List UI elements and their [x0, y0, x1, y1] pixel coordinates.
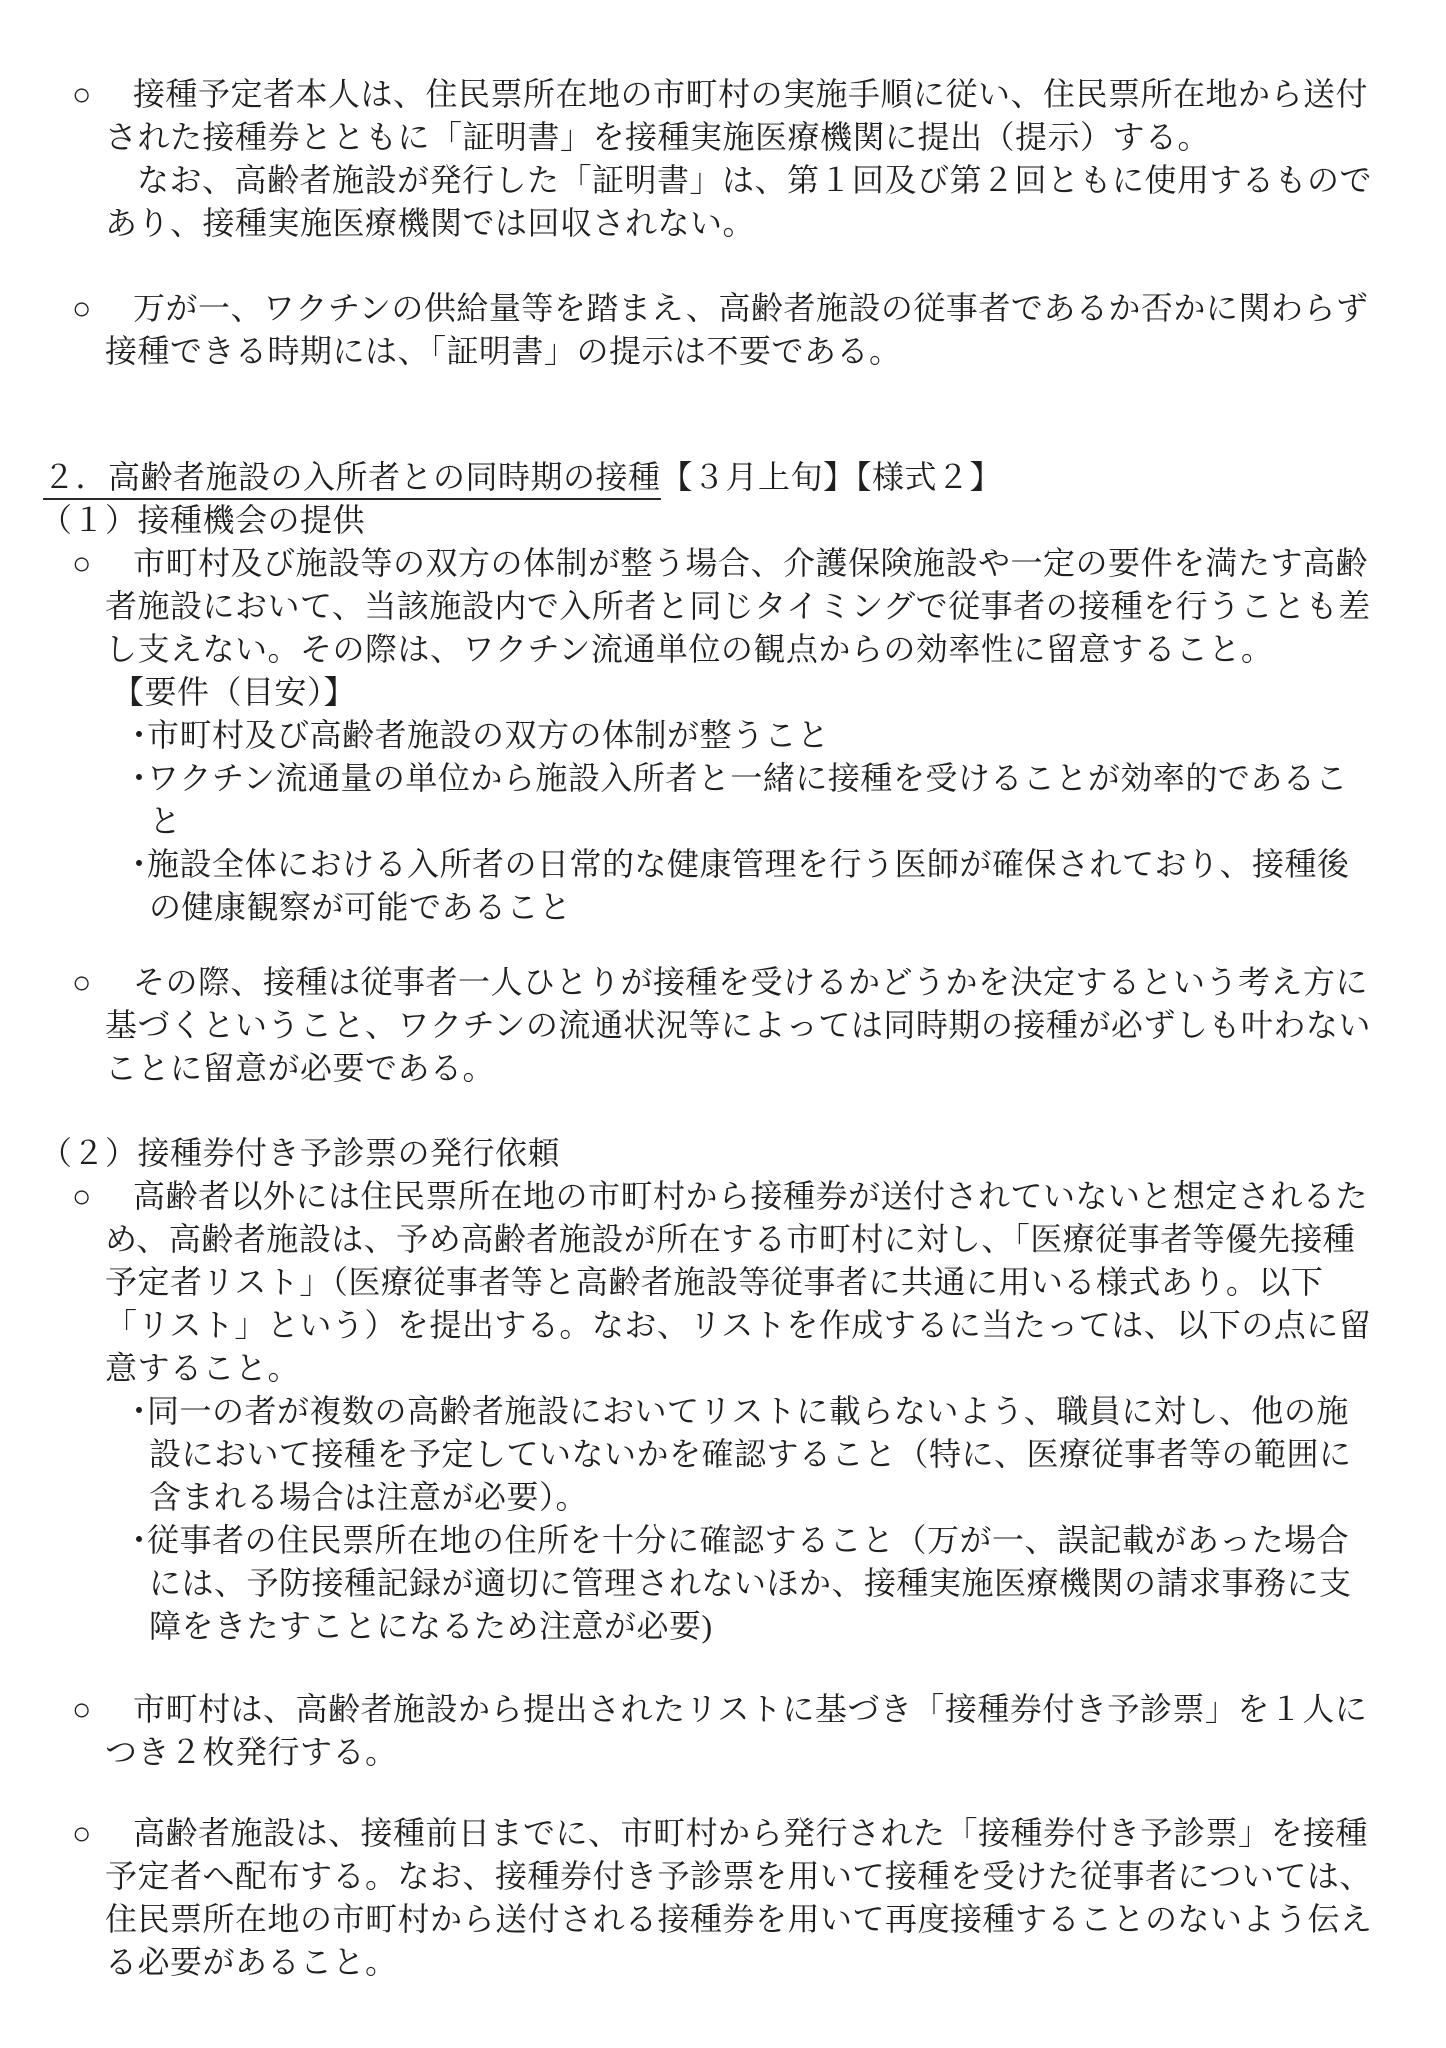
- requirements-label: 【要件（目安）】: [0, 671, 1446, 714]
- text-line: ○市町村及び施設等の双方の体制が整う場合、介護保険施設や一定の要件を満たす高齢: [0, 542, 1446, 585]
- caution-item: ・同一の者が複数の高齢者施設においてリストに載らないよう、職員に対し、他の施: [0, 1390, 1446, 1433]
- dot-bullet: ・: [123, 757, 147, 800]
- circle-bullet: ○: [72, 1175, 133, 1218]
- circle-bullet: ○: [72, 1812, 133, 1855]
- text-line-content: その際、接種は従事者一人ひとりが接種を受けるかどうかを決定するという考え方に: [133, 964, 1368, 1000]
- bullet-paragraph-list-submission: ○高齢者以外には住民票所在地の市町村から接種券が送付されていないと想定されるた …: [0, 1175, 1446, 1648]
- requirement-item: ・施設全体における入所者の日常的な健康管理を行う医師が確保されており、接種後: [0, 843, 1446, 886]
- text-line-content: 接種予定者本人は、住民票所在地の市町村の実施手順に従い、住民票所在地から送付: [133, 76, 1368, 112]
- dot-bullet: ・: [123, 1519, 147, 1562]
- dot-bullet: ・: [123, 714, 147, 757]
- text-line-content: 市町村及び高齢者施設の双方の体制が整うこと: [147, 717, 830, 753]
- text-line-content: 高齢者施設は、接種前日までに、市町村から発行された「接種券付き予診票」を接種: [133, 1815, 1368, 1851]
- bullet-paragraph-certificate-not-required: ○万が一、ワクチンの供給量等を踏まえ、高齢者施設の従事者であるか否かに関わらず …: [0, 287, 1446, 373]
- text-line: には、予防接種記録が適切に管理されないほか、接種実施医療機関の請求事務に支: [0, 1562, 1446, 1605]
- text-line-content: 同一の者が複数の高齢者施設においてリストに載らないよう、職員に対し、他の施: [147, 1393, 1349, 1429]
- text-line: ○その際、接種は従事者一人ひとりが接種を受けるかどうかを決定するという考え方に: [0, 961, 1446, 1004]
- document-page: ○接種予定者本人は、住民票所在地の市町村の実施手順に従い、住民票所在地から送付 …: [0, 0, 1446, 2048]
- text-line: 含まれる場合は注意が必要）。: [0, 1476, 1446, 1519]
- text-line: る必要があること。: [0, 1941, 1446, 1984]
- text-line: 障をきたすことになるため注意が必要): [0, 1605, 1446, 1648]
- text-line: つき２枚発行する。: [0, 1731, 1446, 1774]
- text-line-content: 万が一、ワクチンの供給量等を踏まえ、高齢者施設の従事者であるか否かに関わらず: [133, 290, 1368, 326]
- text-line-content: 従事者の住民票所在地の住所を十分に確認すること（万が一、誤記載があった場合: [147, 1522, 1349, 1558]
- text-line: なお、高齢者施設が発行した「証明書」は、第１回及び第２回ともに使用するもので: [0, 159, 1446, 202]
- text-line: された接種券とともに「証明書」を接種実施医療機関に提出（提示）する。: [0, 116, 1446, 159]
- text-line: 者施設において、当該施設内で入所者と同じタイミングで従事者の接種を行うことも差: [0, 585, 1446, 628]
- circle-bullet: ○: [72, 961, 133, 1004]
- text-line: ○高齢者以外には住民票所在地の市町村から接種券が送付されていないと想定されるた: [0, 1175, 1446, 1218]
- text-line: 住民票所在地の市町村から送付される接種券を用いて再度接種することのないよう伝え: [0, 1898, 1446, 1941]
- requirement-item: ・ワクチン流通量の単位から施設入所者と一緒に接種を受けることが効率的であるこ: [0, 757, 1446, 800]
- text-line: ことに留意が必要である。: [0, 1047, 1446, 1090]
- bullet-paragraph-certificate-submission: ○接種予定者本人は、住民票所在地の市町村の実施手順に従い、住民票所在地から送付 …: [0, 73, 1446, 245]
- circle-bullet: ○: [72, 1688, 133, 1731]
- subsection-heading-1: （１）接種機会の提供: [0, 499, 1446, 542]
- bullet-paragraph-form-distribution: ○高齢者施設は、接種前日までに、市町村から発行された「接種券付き予診票」を接種 …: [0, 1812, 1446, 1984]
- text-line: 「リスト」という）を提出する。なお、リストを作成するに当たっては、以下の点に留: [0, 1304, 1446, 1347]
- text-line-content: ワクチン流通量の単位から施設入所者と一緒に接種を受けることが効率的であるこ: [147, 760, 1348, 796]
- text-line: め、高齢者施設は、予め高齢者施設が所在する市町村に対し、「医療従事者等優先接種: [0, 1218, 1446, 1261]
- bullet-paragraph-individual-decision: ○その際、接種は従事者一人ひとりが接種を受けるかどうかを決定するという考え方に …: [0, 961, 1446, 1090]
- text-line-content: 市町村は、高齢者施設から提出されたリストに基づき「接種券付き予診票」を１人に: [133, 1691, 1367, 1727]
- text-line: 設において接種を予定していないかを確認すること（特に、医療従事者等の範囲に: [0, 1433, 1446, 1476]
- text-line: あり、接種実施医療機関では回収されない。: [0, 202, 1446, 245]
- dot-bullet: ・: [123, 843, 147, 886]
- text-line: の健康観察が可能であること: [0, 886, 1446, 929]
- caution-item: ・従事者の住民票所在地の住所を十分に確認すること（万が一、誤記載があった場合: [0, 1519, 1446, 1562]
- text-line: 予定者リスト」（医療従事者等と高齢者施設等従事者に共通に用いる様式あり。以下: [0, 1261, 1446, 1304]
- text-line: 意すること。: [0, 1347, 1446, 1390]
- bullet-paragraph-form-issuance: ○市町村は、高齢者施設から提出されたリストに基づき「接種券付き予診票」を１人に …: [0, 1688, 1446, 1774]
- text-line: し支えない。その際は、ワクチン流通単位の観点からの効率性に留意すること。: [0, 628, 1446, 671]
- bullet-paragraph-vaccination-opportunity: ○市町村及び施設等の双方の体制が整う場合、介護保険施設や一定の要件を満たす高齢 …: [0, 542, 1446, 929]
- text-line: ○接種予定者本人は、住民票所在地の市町村の実施手順に従い、住民票所在地から送付: [0, 73, 1446, 116]
- text-line-content: 施設全体における入所者の日常的な健康管理を行う医師が確保されており、接種後: [147, 846, 1350, 882]
- circle-bullet: ○: [72, 287, 133, 330]
- subsection-heading-2: （２）接種券付き予診票の発行依頼: [0, 1132, 1446, 1175]
- section-heading: ２．高齢者施設の入所者との同時期の接種【３月上旬】【様式２】: [0, 456, 1446, 499]
- text-line-content: 高齢者以外には住民票所在地の市町村から接種券が送付されていないと想定されるた: [133, 1178, 1368, 1214]
- requirement-item: ・市町村及び高齢者施設の双方の体制が整うこと: [0, 714, 1446, 757]
- text-line: ○高齢者施設は、接種前日までに、市町村から発行された「接種券付き予診票」を接種: [0, 1812, 1446, 1855]
- text-line: ○市町村は、高齢者施設から提出されたリストに基づき「接種券付き予診票」を１人に: [0, 1688, 1446, 1731]
- section-heading-underlined: ２．高齢者施設の入所者との同時期の接種: [43, 459, 661, 500]
- text-line: ○万が一、ワクチンの供給量等を踏まえ、高齢者施設の従事者であるか否かに関わらず: [0, 287, 1446, 330]
- circle-bullet: ○: [72, 542, 133, 585]
- section-heading-suffix: 【３月上旬】【様式２】: [661, 459, 1003, 495]
- text-line-content: 市町村及び施設等の双方の体制が整う場合、介護保険施設や一定の要件を満たす高齢: [133, 545, 1368, 581]
- text-line: 基づくということ、ワクチンの流通状況等によっては同時期の接種が必ずしも叶わない: [0, 1004, 1446, 1047]
- circle-bullet: ○: [72, 73, 133, 116]
- dot-bullet: ・: [123, 1390, 147, 1433]
- text-line: と: [0, 800, 1446, 843]
- text-line: 予定者へ配布する。なお、接種券付き予診票を用いて接種を受けた従事者については、: [0, 1855, 1446, 1898]
- text-line: 接種できる時期には、「証明書」の提示は不要である。: [0, 330, 1446, 373]
